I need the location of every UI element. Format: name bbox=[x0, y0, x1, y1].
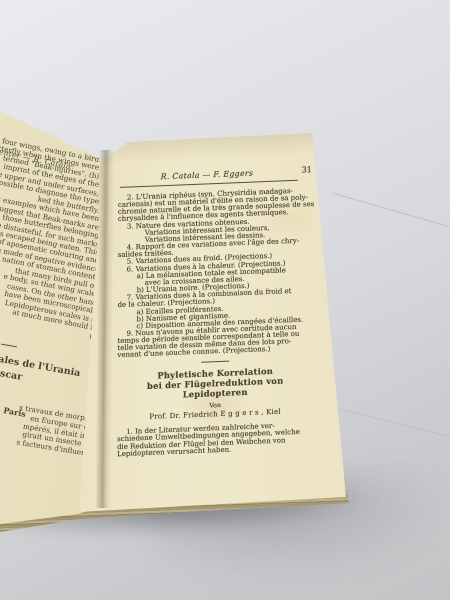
section-separator-rule bbox=[1, 344, 17, 348]
article-title: Phyletische Korrelation bei der Flügelre… bbox=[117, 364, 313, 403]
left-article-heading: tales de l'Urania ascar bbox=[0, 352, 81, 379]
page-number: 31 bbox=[301, 166, 311, 174]
article-separator-rule bbox=[201, 360, 229, 362]
german-paragraph: 1. In der Literatur werden zahlreiche ve… bbox=[117, 421, 313, 459]
right-page-text: R. Catala — F. Eggers 31 2. L'Urania rip… bbox=[117, 152, 314, 459]
backdrop-scratch bbox=[333, 193, 450, 233]
photo-of-open-book: penter — R. Catala ll four wings, owing … bbox=[0, 0, 450, 600]
running-header: R. Catala — F. Eggers 31 bbox=[118, 167, 314, 184]
left-page-text-column: ll four wings, owing to a bird utterfly … bbox=[0, 156, 99, 342]
left-page-text-column: x travaux de morpho- en Europe sur des m… bbox=[0, 416, 96, 460]
french-numbered-list: 2. L'Urania riphéus (syn. Chrysiridia ma… bbox=[117, 187, 313, 360]
